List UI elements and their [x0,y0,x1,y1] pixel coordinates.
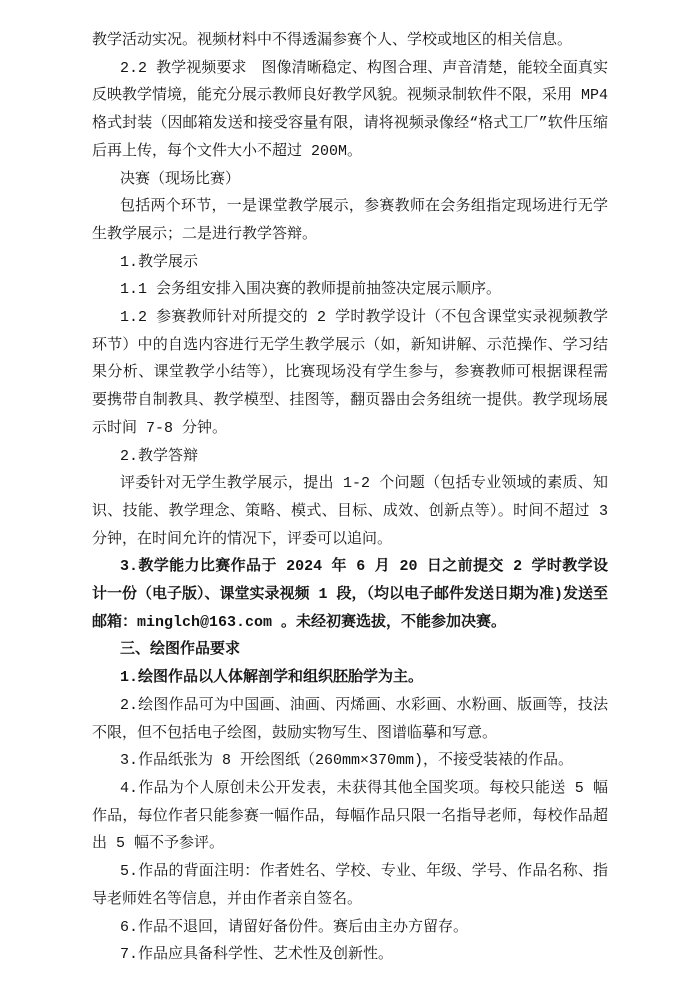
paragraph: 6.作品不退回，请留好备份件。赛后由主办方留存。 [92,914,608,942]
paragraph: 决赛（现场比赛） [92,166,608,194]
paragraph: 1.绘图作品以人体解剖学和组织胚胎学为主。 [92,664,608,692]
paragraph: 2.教学答辩 [92,443,608,471]
paragraph: 5.作品的背面注明：作者姓名、学校、专业、年级、学号、作品名称、指导老师姓名等信… [92,858,608,913]
paragraph: 3.教学能力比赛作品于 2024 年 6 月 20 日之前提交 2 学时教学设计… [92,553,608,636]
paragraph: 三、绘图作品要求 [92,636,608,664]
paragraph: 1.教学展示 [92,249,608,277]
paragraph: 3.作品纸张为 8 开绘图纸（260mm×370mm)，不接受装裱的作品。 [92,747,608,775]
paragraph: 4.作品为个人原创未公开发表，未获得其他全国奖项。每校只能送 5 幅作品，每位作… [92,775,608,858]
paragraph: 1.2 参赛教师针对所提交的 2 学时教学设计（不包含课堂实录视频教学环节）中的… [92,304,608,443]
paragraph: 包括两个环节，一是课堂教学展示，参赛教师在会务组指定现场进行无学生教学展示；二是… [92,193,608,248]
document-page: 教学活动实况。视频材料中不得透漏参赛个人、学校或地区的相关信息。2.2 教学视频… [0,0,700,990]
paragraph: 2.2 教学视频要求 图像清晰稳定、构图合理、声音清楚，能较全面真实反映教学情境… [92,55,608,166]
paragraph: 教学活动实况。视频材料中不得透漏参赛个人、学校或地区的相关信息。 [92,27,608,55]
paragraph: 评委针对无学生教学展示，提出 1-2 个问题（包括专业领域的素质、知识、技能、教… [92,470,608,553]
document-content: 教学活动实况。视频材料中不得透漏参赛个人、学校或地区的相关信息。2.2 教学视频… [92,27,608,969]
paragraph: 2.绘图作品可为中国画、油画、丙烯画、水彩画、水粉画、版画等，技法不限，但不包括… [92,692,608,747]
paragraph: 7.作品应具备科学性、艺术性及创新性。 [92,941,608,969]
paragraph: 1.1 会务组安排入围决赛的教师提前抽签决定展示顺序。 [92,276,608,304]
